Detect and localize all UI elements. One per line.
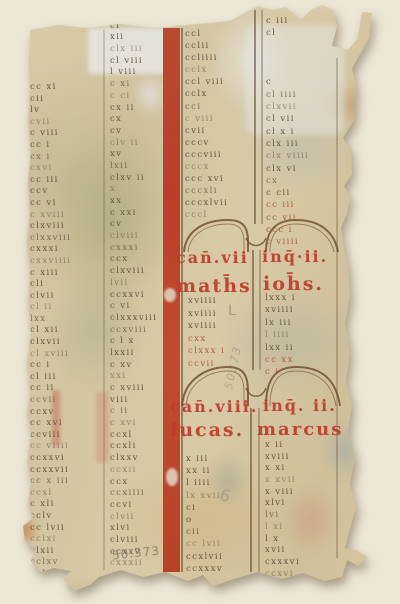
manuscript-photo: cc xiciilvcviic viiicc icx icxvicc iiicc… <box>0 0 400 604</box>
canon8-right-numbers: x iixviiix xix xviix viiixlvilvil xil xx… <box>265 441 300 593</box>
parchment-fragment-wrap: cc xiciilvcviic viiicc icx icxvicc iiicc… <box>0 0 400 604</box>
numeral-column-mid-left: cviiiclxiiclx iiicl viiil viiic xic cicx… <box>110 10 157 571</box>
column-shaft-line <box>259 250 261 370</box>
column-shaft-line <box>261 10 263 224</box>
pencil-mark-loop: 6 <box>218 485 233 506</box>
canon7-title: can̄.vii <box>176 248 249 267</box>
ruled-line <box>103 30 105 570</box>
canon7-gospel-matthew: math̄s <box>176 275 252 297</box>
canon8-gospel-luke: lucas. <box>170 419 244 441</box>
arcade-arches-canon8 <box>176 362 344 406</box>
abrasion-patch <box>245 25 345 135</box>
canon8-left-numbers: x iiixx iil iiiilx xviiciociicc lviiccxl… <box>186 455 223 577</box>
column-shaft-line <box>254 10 256 224</box>
numeral-column-right: c iiiclccl iiiiclxviicl viicl x iclx iii… <box>266 17 309 251</box>
red-bleedthrough-mark <box>52 390 60 446</box>
column-shaft-line <box>258 408 260 572</box>
stain-mottling <box>0 0 400 604</box>
paint-flake <box>164 288 176 302</box>
column-shaft-line <box>250 408 252 572</box>
canon8-title: can̄.viii. <box>170 397 258 416</box>
ruled-line <box>181 28 183 572</box>
red-vertical-stripe <box>163 28 180 572</box>
ruled-line <box>336 58 338 558</box>
numeral-column-mid-right: cclccliiccliiiicclxccl viiicclxccic viii… <box>185 30 228 224</box>
numeral-column-far-left: cc xiciilvcviic viiicc icx icxvicc iiicc… <box>30 83 71 582</box>
arcade-arches-canon7 <box>178 216 342 252</box>
red-bleedthrough-mark <box>96 392 109 462</box>
canon7-quire-label: inq̄·ii. <box>262 247 328 266</box>
accession-number-pencil: 50.373 <box>111 544 160 563</box>
pencil-mark-scribble: 50373 <box>222 344 244 391</box>
canon8-gospel-mark: marcus <box>257 419 343 440</box>
tape-patch <box>88 28 168 74</box>
canon7-right-numbers: lxxx ixviiiilx iiil iiiilxx iicc xxc i <box>265 294 296 381</box>
parchment-fragment: cc xiciilvcviic viiicc icx icxvicc iiicc… <box>0 0 400 604</box>
canon7-left-numbers: xviiiixviiiixviiiicxxclxxx iccvii <box>188 297 225 373</box>
canon8-quire-label: inq̄. ii. <box>263 396 337 415</box>
canon7-gospel-john: ioh̄s. <box>263 273 324 295</box>
pencil-mark-letter: L <box>228 303 236 319</box>
paint-flake <box>166 468 178 486</box>
column-shaft-line <box>252 250 254 370</box>
